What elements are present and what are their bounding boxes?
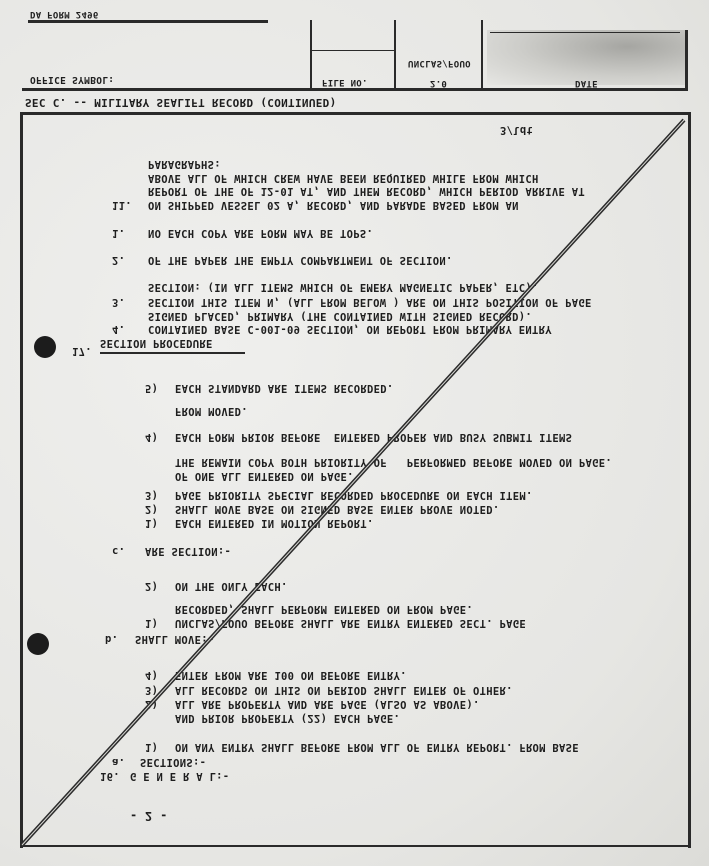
strike-through-line <box>0 0 709 866</box>
scanned-page: DA FORM 2496 OFFICE SYMBOL: FILE NO. UNC… <box>0 0 709 866</box>
